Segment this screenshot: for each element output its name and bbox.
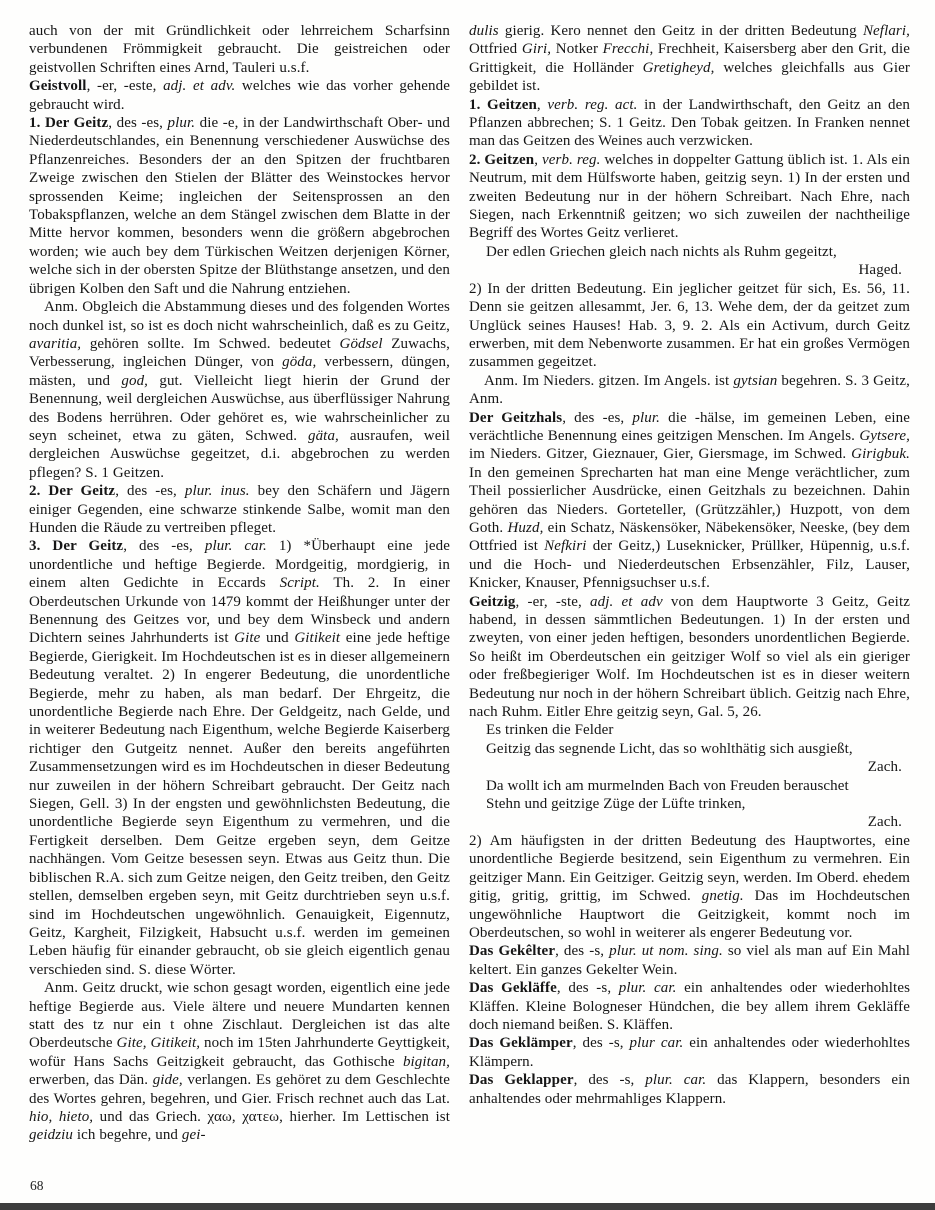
styled-text-run: Der Geitzhals <box>469 410 562 426</box>
styled-text-run: avaritia, <box>29 336 81 352</box>
text-run: gierig. Kero nennet den Geitz in der dri… <box>499 23 863 39</box>
page-number: 68 <box>30 1178 44 1194</box>
verse-attribution: Zach. <box>469 758 910 776</box>
styled-text-run: Das Gekêlter <box>469 943 555 959</box>
verse-line: Der edlen Griechen gleich nach nichts al… <box>469 243 910 261</box>
continuation-paragraph: dulis gierig. Kero nennet den Geitz in d… <box>469 22 910 96</box>
verse-line: Geitzig das segnende Licht, das so wohlt… <box>469 740 910 758</box>
verse-line: Es trinken die Felder <box>469 721 910 739</box>
text-run: Der edlen Griechen gleich nach nichts al… <box>486 244 837 260</box>
styled-text-run: plur. <box>168 115 196 131</box>
entry-das-geklapper: Das Geklapper, des -s, plur. car. das Kl… <box>469 1071 910 1108</box>
styled-text-run: 2. Geitzen <box>469 152 534 168</box>
text-run: Zach. <box>868 814 902 830</box>
entry-das-geklaeffe: Das Gekläffe, des -s, plur. car. ein anh… <box>469 979 910 1034</box>
entry-1-der-geitz: 1. Der Geitz, des -es, plur. die -e, in … <box>29 114 450 298</box>
text-run: , <box>537 97 547 113</box>
text-run: , des -s, <box>574 1072 646 1088</box>
anmerkung-geitzen: Anm. Im Nieders. gitzen. Im Angels. ist … <box>469 372 910 409</box>
text-run: Es trinken die Felder <box>486 722 613 738</box>
text-run: , -er, -este, <box>87 78 164 94</box>
geitzen-bedeutung-2: 2) In der dritten Bedeutung. Ein jeglich… <box>469 280 910 372</box>
text-run: und <box>260 630 294 646</box>
styled-text-run: Gretigheyd, <box>643 60 715 76</box>
text-column-left: auch von der mit Gründlichkeit oder lehr… <box>29 22 450 1145</box>
text-run: auch von der mit Gründlichkeit oder lehr… <box>29 23 450 76</box>
styled-text-run: Gitikeit <box>294 630 340 646</box>
styled-text-run: gäta, <box>308 428 339 444</box>
text-run: erwerben, das Dän. <box>29 1072 153 1088</box>
styled-text-run: plur. car. <box>205 538 267 554</box>
continuation-paragraph: auch von der mit Gründlichkeit oder lehr… <box>29 22 450 77</box>
entry-2-der-geitz: 2. Der Geitz, des -es, plur. inus. bey d… <box>29 482 450 537</box>
styled-text-run: Geitzig <box>469 594 516 610</box>
styled-text-run: Das Gekläffe <box>469 980 557 996</box>
styled-text-run: Girigbuk. <box>851 446 910 462</box>
styled-text-run: dulis <box>469 23 499 39</box>
text-run: im Nieders. Gitzer, Gieznauer, Gier, Gie… <box>469 446 851 462</box>
text-run: , des -s, <box>557 980 619 996</box>
verse-line: Da wollt ich am murmelnden Bach von Freu… <box>469 777 910 795</box>
text-run: und das Griech. χαω, χατεω, hierher. Im … <box>93 1109 450 1125</box>
text-run: 2) In der dritten Bedeutung. Ein jeglich… <box>469 281 910 371</box>
styled-text-run: plur. <box>632 410 660 426</box>
verse-attribution: Haged. <box>469 261 910 279</box>
styled-text-run: Huzd, <box>508 520 544 536</box>
text-run: von dem Hauptworte 3 Geitz, Geitz habend… <box>469 594 910 720</box>
styled-text-run: adj. et adv. <box>163 78 235 94</box>
scanned-page: auch von der mit Gründlichkeit oder lehr… <box>0 0 935 1210</box>
text-run: , <box>534 152 542 168</box>
anmerkung-geitz-2: Anm. Geitz druckt, wie schon gesagt word… <box>29 979 450 1145</box>
text-run: die -e, in der Landwirthschaft Ober- und… <box>29 115 450 297</box>
two-column-text-block: auch von der mit Gründlichkeit oder lehr… <box>29 22 910 1145</box>
text-run: , des -es, <box>108 115 167 131</box>
styled-text-run: 3. Der Geitz <box>29 538 123 554</box>
styled-text-run: plur. ut nom. sing. <box>609 943 723 959</box>
styled-text-run: plur. inus. <box>185 483 250 499</box>
text-run: Da wollt ich am murmelnden Bach von Freu… <box>486 778 849 794</box>
styled-text-run: gnetig. <box>702 888 744 904</box>
styled-text-run: Gite, Gitikeit, <box>117 1035 201 1051</box>
text-run: , -er, -ste, <box>516 594 591 610</box>
text-run: Stehn und geitzige Züge der Lüfte trinke… <box>486 796 746 812</box>
styled-text-run: hio, hieto, <box>29 1109 93 1125</box>
text-run: Anm. Im Nieders. gitzen. Im Angels. ist <box>484 373 733 389</box>
text-run: Anm. Obgleich die Abstammung dieses und … <box>29 299 450 333</box>
text-run: Notker <box>551 41 602 57</box>
styled-text-run: Frecchi, <box>603 41 654 57</box>
styled-text-run: gytsian <box>733 373 777 389</box>
styled-text-run: 1. Geitzen <box>469 97 537 113</box>
text-run: Haged. <box>859 262 903 278</box>
styled-text-run: gide, <box>153 1072 183 1088</box>
styled-text-run: adj. et adv <box>590 594 663 610</box>
text-run: , des -es, <box>115 483 185 499</box>
styled-text-run: bigitan, <box>403 1054 450 1070</box>
text-run: eine jede heftige Begierde, Gierigkeit. … <box>29 630 450 977</box>
entry-der-geitzhals: Der Geitzhals, des -es, plur. die -hälse… <box>469 409 910 593</box>
text-run: , des -s, <box>573 1035 630 1051</box>
entry-3-der-geitz: 3. Der Geitz, des -es, plur. car. 1) *Üb… <box>29 537 450 979</box>
geitzig-bedeutung-2: 2) Am häufigsten in der dritten Bedeutun… <box>469 832 910 942</box>
text-run: ich begehre, und <box>73 1127 182 1143</box>
styled-text-run: god, <box>121 373 148 389</box>
styled-text-run: göda, <box>282 354 316 370</box>
verse-attribution: Zach. <box>469 813 910 831</box>
entry-das-geklaemper: Das Geklämper, des -s, plur car. ein anh… <box>469 1034 910 1071</box>
verse-line: Stehn und geitzige Züge der Lüfte trinke… <box>469 795 910 813</box>
styled-text-run: verb. reg. act. <box>547 97 637 113</box>
text-run: , des -s, <box>555 943 609 959</box>
entry-das-gekelter: Das Gekêlter, des -s, plur. ut nom. sing… <box>469 942 910 979</box>
styled-text-run: 1. Der Geitz <box>29 115 108 131</box>
styled-text-run: Gytsere, <box>859 428 910 444</box>
text-run: , des -es, <box>562 410 632 426</box>
styled-text-run: Das Geklapper <box>469 1072 574 1088</box>
text-column-right: dulis gierig. Kero nennet den Geitz in d… <box>469 22 910 1145</box>
text-run: gehören sollte. Im Schwed. bedeutet <box>81 336 339 352</box>
styled-text-run: Gite <box>234 630 260 646</box>
styled-text-run: plur. car. <box>619 980 677 996</box>
styled-text-run: Geistvoll <box>29 78 87 94</box>
styled-text-run: gei- <box>182 1127 206 1143</box>
styled-text-run: Nefkiri <box>544 538 586 554</box>
entry-1-geitzen: 1. Geitzen, verb. reg. act. in der Landw… <box>469 96 910 151</box>
entry-geitzig: Geitzig, -er, -ste, adj. et adv von dem … <box>469 593 910 722</box>
entry-2-geitzen: 2. Geitzen, verb. reg. welches in doppel… <box>469 151 910 243</box>
styled-text-run: Neflari, <box>863 23 910 39</box>
anmerkung-geitz-1: Anm. Obgleich die Abstammung dieses und … <box>29 298 450 482</box>
text-run: , des -es, <box>123 538 205 554</box>
text-run: Geitzig das segnende Licht, das so wohlt… <box>486 741 853 757</box>
entry-geistvoll: Geistvoll, -er, -este, adj. et adv. welc… <box>29 77 450 114</box>
styled-text-run: 2. Der Geitz <box>29 483 115 499</box>
styled-text-run: Script. <box>280 575 320 591</box>
text-run: Zach. <box>868 759 902 775</box>
styled-text-run: plur. car. <box>645 1072 706 1088</box>
styled-text-run: verb. reg. <box>542 152 600 168</box>
styled-text-run: Das Geklämper <box>469 1035 573 1051</box>
styled-text-run: geidziu <box>29 1127 73 1143</box>
styled-text-run: Giri, <box>522 41 551 57</box>
styled-text-run: plur car. <box>630 1035 684 1051</box>
scan-bottom-edge <box>0 1203 935 1210</box>
text-run: Ottfried <box>469 41 522 57</box>
styled-text-run: Gödsel <box>340 336 383 352</box>
